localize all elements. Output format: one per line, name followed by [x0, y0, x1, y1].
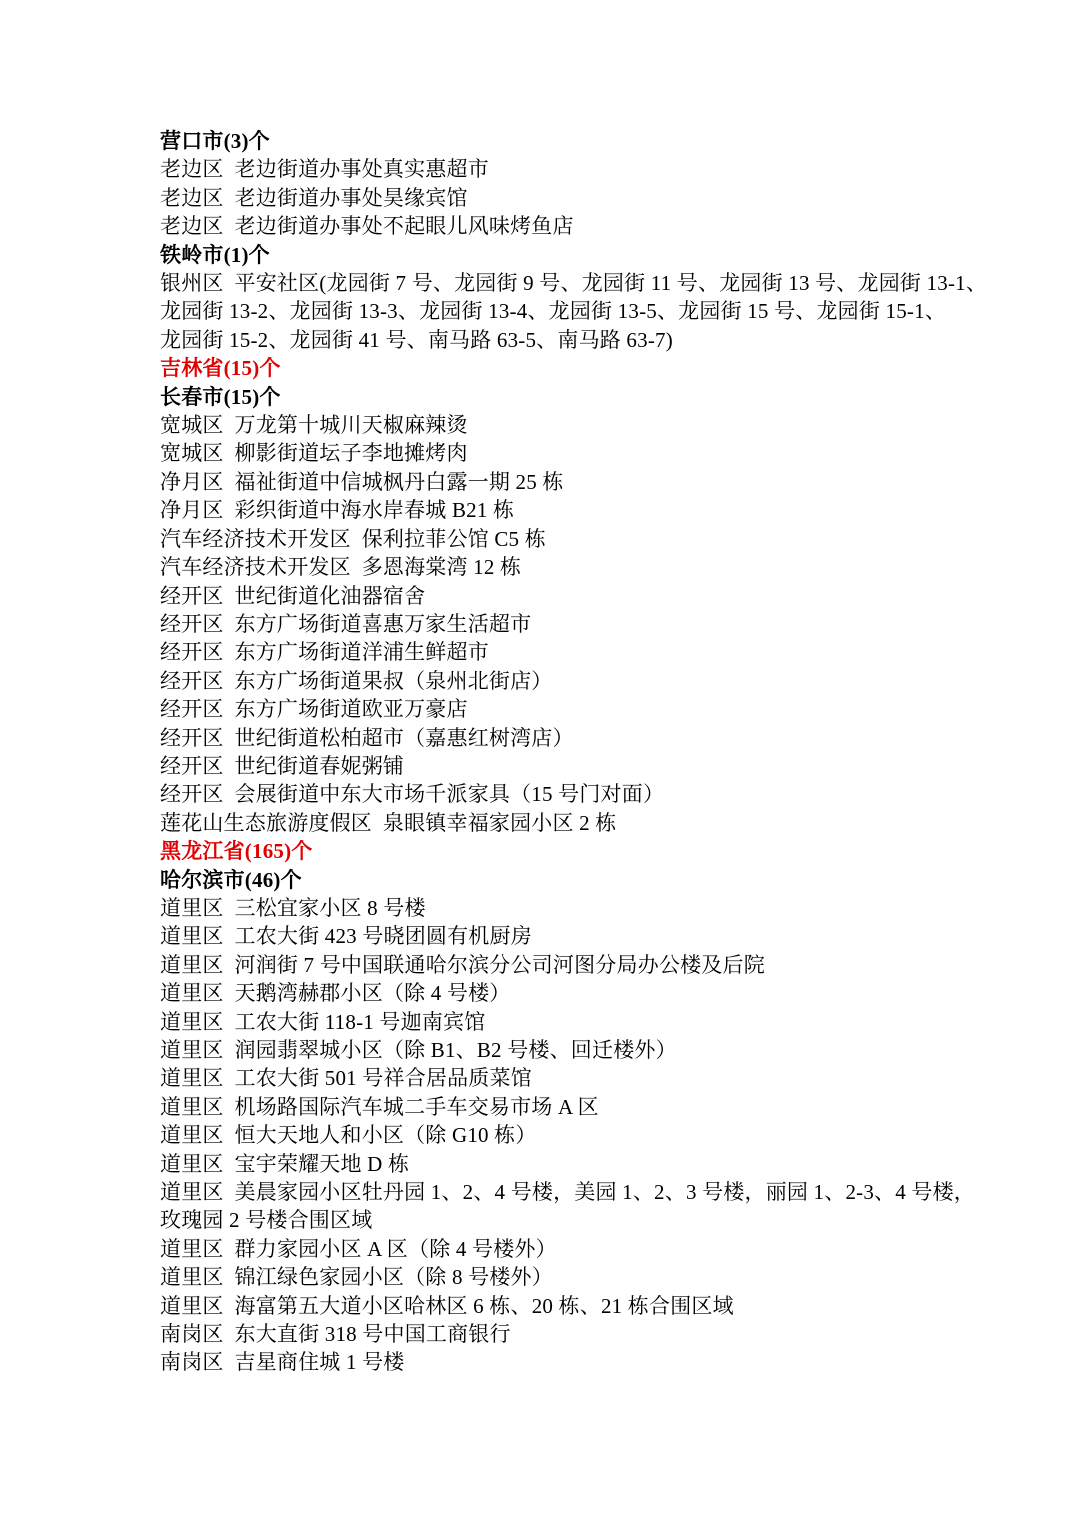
list-item-line: 道里区 机场路国际汽车城二手车交易市场 A 区: [160, 1093, 1000, 1121]
list-item-line: 道里区 工农大街 423 号晓团圆有机厨房: [160, 922, 1000, 950]
list-item-line: 宽城区 柳影街道坛子李地摊烤肉: [160, 439, 1000, 467]
city-heading: 长春市(15)个: [160, 383, 1000, 411]
list-item-line: 南岗区 东大直街 318 号中国工商银行: [160, 1320, 1000, 1348]
list-item-line: 道里区 恒大天地人和小区（除 G10 栋）: [160, 1121, 1000, 1149]
list-item-line: 汽车经济技术开发区 保利拉菲公馆 C5 栋: [160, 525, 1000, 553]
list-item-line: 道里区 润园翡翠城小区（除 B1、B2 号楼、回迁楼外）: [160, 1036, 1000, 1064]
list-item-line: 经开区 东方广场街道欧亚万豪店: [160, 695, 1000, 723]
list-item-line: 经开区 世纪街道松柏超市（嘉惠红树湾店）: [160, 724, 1000, 752]
list-item-line: 老边区 老边街道办事处真实惠超市: [160, 155, 1000, 183]
province-heading: 黑龙江省(165)个: [160, 837, 1000, 865]
list-item-line: 道里区 三松宜家小区 8 号楼: [160, 894, 1000, 922]
list-item-line: 银州区 平安社区(龙园街 7 号、龙园街 9 号、龙园街 11 号、龙园街 13…: [160, 269, 1000, 297]
list-item-line: 汽车经济技术开发区 多恩海棠湾 12 栋: [160, 553, 1000, 581]
list-item-line: 经开区 世纪街道化油器宿舍: [160, 582, 1000, 610]
list-item-line: 经开区 世纪街道春妮粥铺: [160, 752, 1000, 780]
list-item-line: 宽城区 万龙第十城川天椒麻辣烫: [160, 411, 1000, 439]
list-item-line: 道里区 工农大街 501 号祥合居品质菜馆: [160, 1064, 1000, 1092]
list-item-line: 经开区 东方广场街道果叔（泉州北街店）: [160, 667, 1000, 695]
list-item-line: 经开区 会展街道中东大市场千派家具（15 号门对面）: [160, 780, 1000, 808]
list-item-continuation-line: 玫瑰园 2 号楼合围区域: [160, 1206, 1000, 1234]
list-item-line: 道里区 河润街 7 号中国联通哈尔滨分公司河图分局办公楼及后院: [160, 951, 1000, 979]
list-item-line: 道里区 天鹅湾赫郡小区（除 4 号楼）: [160, 979, 1000, 1007]
list-item-line: 净月区 彩织街道中海水岸春城 B21 栋: [160, 496, 1000, 524]
list-item-line: 经开区 东方广场街道洋浦生鲜超市: [160, 638, 1000, 666]
list-item-continuation-line: 龙园街 13-2、龙园街 13-3、龙园街 13-4、龙园街 13-5、龙园街 …: [160, 297, 1000, 325]
list-item-line: 净月区 福祉街道中信城枫丹白露一期 25 栋: [160, 468, 1000, 496]
city-heading: 哈尔滨市(46)个: [160, 866, 1000, 894]
document-page: 营口市(3)个老边区 老边街道办事处真实惠超市老边区 老边街道办事处昊缘宾馆老边…: [0, 0, 1080, 1526]
list-item-line: 老边区 老边街道办事处不起眼儿风味烤鱼店: [160, 212, 1000, 240]
list-item-continuation-line: 龙园街 15-2、龙园街 41 号、南马路 63-5、南马路 63-7): [160, 326, 1000, 354]
document-body: 营口市(3)个老边区 老边街道办事处真实惠超市老边区 老边街道办事处昊缘宾馆老边…: [160, 127, 1000, 1377]
list-item-line: 经开区 东方广场街道喜惠万家生活超市: [160, 610, 1000, 638]
list-item-line: 道里区 工农大街 118-1 号迦南宾馆: [160, 1008, 1000, 1036]
list-item-line: 道里区 群力家园小区 A 区（除 4 号楼外）: [160, 1235, 1000, 1263]
list-item-line: 道里区 宝宇荣耀天地 D 栋: [160, 1150, 1000, 1178]
list-item-line: 道里区 海富第五大道小区哈林区 6 栋、20 栋、21 栋合围区域: [160, 1292, 1000, 1320]
city-heading: 营口市(3)个: [160, 127, 1000, 155]
list-item-line: 南岗区 吉星商住城 1 号楼: [160, 1348, 1000, 1376]
list-item-line: 莲花山生态旅游度假区 泉眼镇幸福家园小区 2 栋: [160, 809, 1000, 837]
province-heading: 吉林省(15)个: [160, 354, 1000, 382]
list-item-line: 道里区 锦江绿色家园小区（除 8 号楼外）: [160, 1263, 1000, 1291]
city-heading: 铁岭市(1)个: [160, 241, 1000, 269]
list-item-line: 老边区 老边街道办事处昊缘宾馆: [160, 184, 1000, 212]
list-item-line: 道里区 美晨家园小区牡丹园 1、2、4 号楼，美园 1、2、3 号楼，丽园 1、…: [160, 1178, 1000, 1206]
